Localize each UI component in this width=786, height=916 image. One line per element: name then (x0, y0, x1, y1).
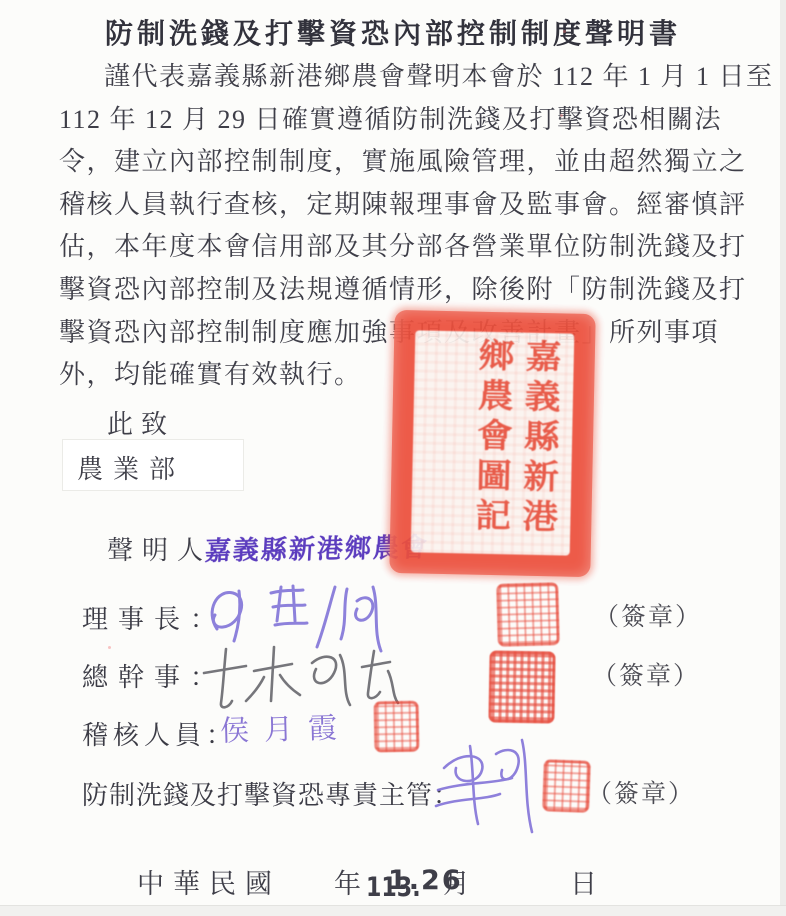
seal-column-right: 嘉義縣新港 (511, 338, 566, 549)
organization-seal-text: 嘉義縣新港 鄉農會圖記 (411, 330, 575, 555)
aml-officer-name-seal (542, 759, 591, 813)
auditor-name-seal (374, 701, 420, 753)
day-character: 日 (570, 862, 597, 901)
paragraph-line: 令，建立內部控制制度，實施風險管理，並由超然獨立之 (59, 141, 735, 184)
scan-edge-bottom (0, 905, 786, 916)
paragraph-line: 擊資恐內部控制及法規遵循情形，除後附「防制洗錢及打 (59, 269, 735, 312)
era-label: 中華民國 (137, 862, 281, 901)
declarant-label: 聲明人 (107, 530, 212, 567)
general-manager-name-seal (488, 650, 555, 723)
general-manager-sign-note: （簽章） (592, 656, 700, 692)
organization-official-seal-stamp: 嘉義縣新港 鄉農會圖記 (389, 310, 595, 577)
paragraph-line: 112 年 12 月 29 日確實遵循防制洗錢及打擊資恐相關法 (59, 99, 735, 142)
chairman-name-seal (496, 582, 560, 647)
paragraph-line: 估，本年度本會信用部及其分部各營業單位防制洗錢及打 (59, 226, 735, 269)
aml-officer-sign-note: （簽章） (587, 774, 695, 810)
scan-speck (563, 30, 566, 33)
month-character: 月 (443, 862, 470, 901)
paragraph-line: 謹代表嘉義縣新港鄉農會聲明本會於 112 年 1 月 1 日至 (59, 56, 735, 99)
salutation-text: 此致 (107, 404, 175, 441)
aml-officer-signature (426, 732, 554, 834)
scan-speck (560, 114, 563, 117)
scan-speck (108, 646, 111, 649)
general-manager-signature (190, 641, 402, 715)
document-title: 防制洗錢及打擊資恐內部控制制度聲明書 (0, 12, 786, 52)
seal-column-left: 鄉農會圖記 (464, 337, 519, 548)
auditor-label: 稽核人員： (82, 715, 237, 752)
year-character: 年 (334, 862, 361, 901)
chairman-sign-note: （簽章） (594, 597, 702, 633)
scanned-declaration-document: 防制洗錢及打擊資恐內部控制制度聲明書 謹代表嘉義縣新港鄉農會聲明本會於 112 … (0, 0, 786, 916)
recipient-name: 農業部 (77, 449, 185, 486)
scan-edge-right (780, 0, 786, 916)
paragraph-line: 稽核人員執行查核，定期陳報理事會及監事會。經審慎評 (59, 184, 735, 227)
aml-officer-label: 防制洗錢及打擊資恐專責主管： (82, 775, 460, 812)
